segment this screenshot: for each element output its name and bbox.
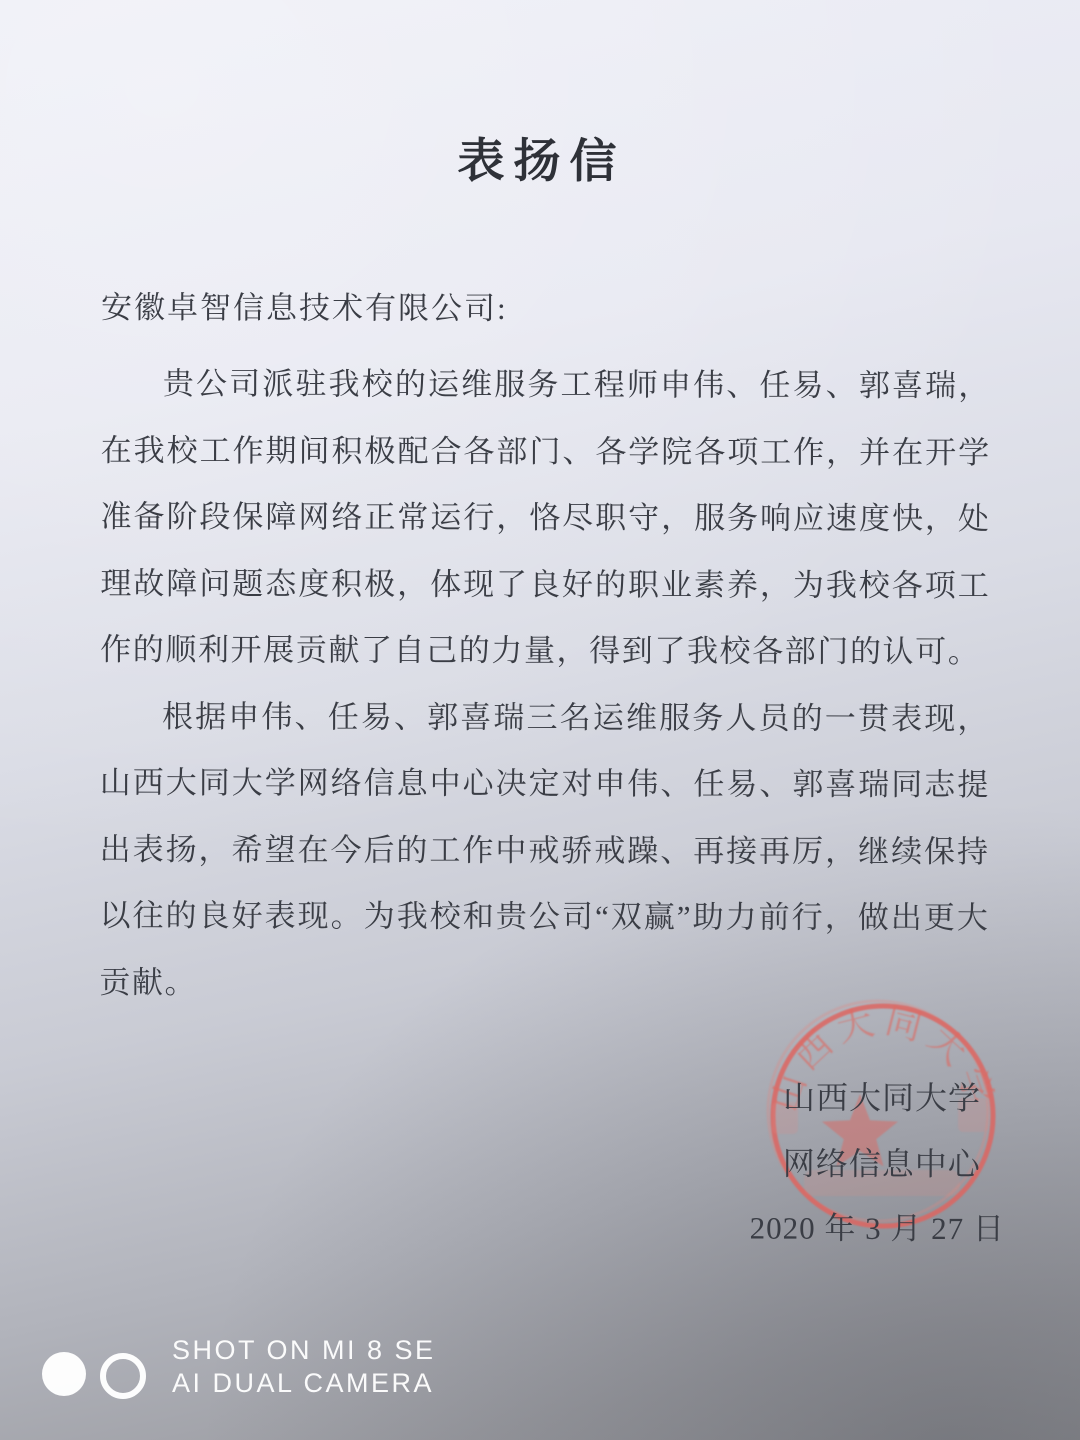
paragraph-2: 根据申伟、任易、郭喜瑞三名运维服务人员的一贯表现，山西大同大学网络信息中心决定对… xyxy=(99,683,990,1018)
watermark-line1: SHOT ON MI 8 SE xyxy=(172,1334,436,1367)
watermark-line2: AI DUAL CAMERA xyxy=(172,1367,436,1400)
watermark-text: SHOT ON MI 8 SE AI DUAL CAMERA xyxy=(172,1334,436,1400)
camera-watermark: SHOT ON MI 8 SE AI DUAL CAMERA xyxy=(42,1334,436,1400)
paragraph-1: 贵公司派驻我校的运维服务工程师申伟、任易、郭喜瑞，在我校工作期间积极配合各部门、… xyxy=(100,351,991,686)
signature-org-line1: 山西大同大学 xyxy=(783,1073,981,1120)
camera-lens-filled-icon xyxy=(42,1352,86,1396)
letter-date: 2020 年 3 月 27 日 xyxy=(750,1203,1005,1249)
signature-org-line2: 网络信息中心 xyxy=(783,1139,981,1186)
camera-lens-outline-icon xyxy=(100,1353,146,1399)
document-photo: 表扬信 安徽卓智信息技术有限公司: 贵公司派驻我校的运维服务工程师申伟、任易、郭… xyxy=(0,0,1080,1440)
letter-title: 表扬信 xyxy=(1,123,1080,193)
letter-body: 贵公司派驻我校的运维服务工程师申伟、任易、郭喜瑞，在我校工作期间积极配合各部门、… xyxy=(99,351,991,1018)
salutation: 安徽卓智信息技术有限公司: xyxy=(101,282,508,328)
commendation-letter: 表扬信 安徽卓智信息技术有限公司: 贵公司派驻我校的运维服务工程师申伟、任易、郭… xyxy=(0,0,1080,1440)
